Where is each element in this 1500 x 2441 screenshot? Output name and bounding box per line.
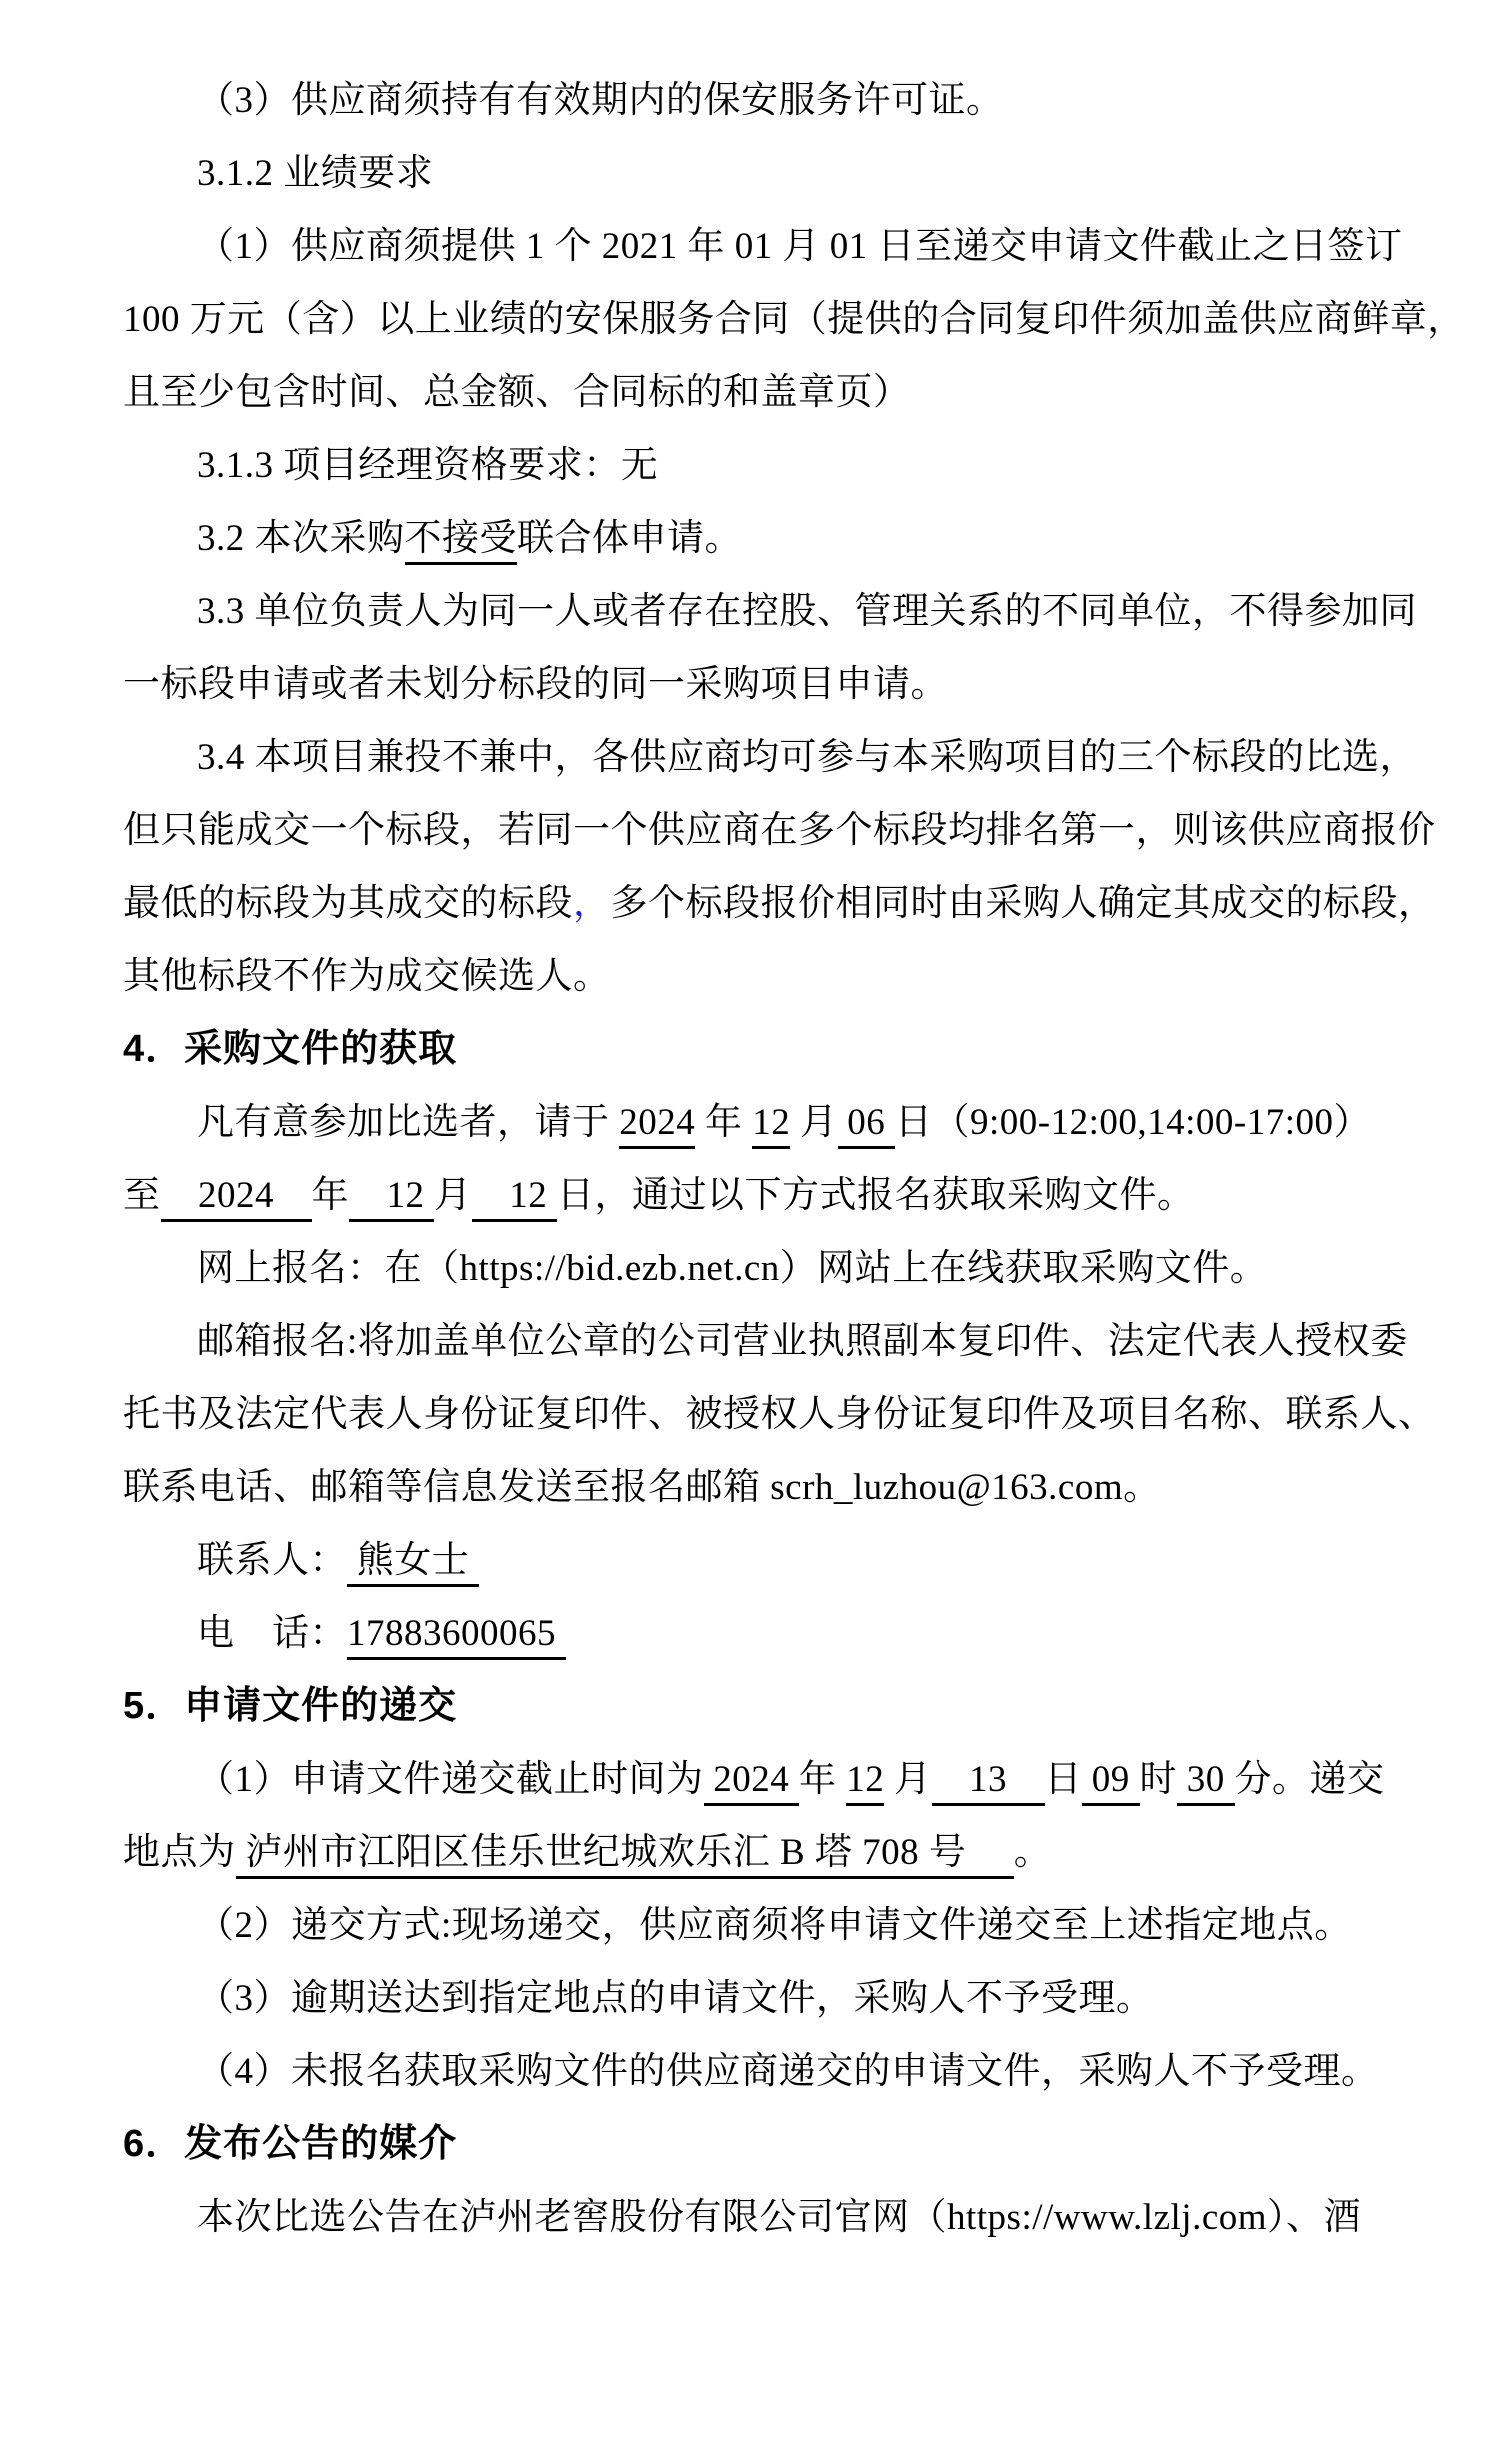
text-line: （3）逾期送达到指定地点的申请文件，采购人不予受理。 bbox=[123, 1962, 1430, 2035]
text-segment: 时 bbox=[1140, 1759, 1178, 1800]
text-segment: 3.1.3 项目经理资格要求：无 bbox=[197, 445, 658, 486]
underlined-text: 不接受 bbox=[405, 518, 518, 565]
section-heading: 5．申请文件的递交 bbox=[123, 1670, 1430, 1743]
text-segment: 最低的标段为其成交的标段 bbox=[123, 883, 573, 924]
underlined-text: 30 bbox=[1177, 1759, 1235, 1806]
text-segment: 5．申请文件的递交 bbox=[123, 1685, 457, 1727]
blue-comma: ， bbox=[573, 883, 611, 924]
text-line: 最低的标段为其成交的标段，多个标段报价相同时由采购人确定其成交的标段， bbox=[123, 867, 1430, 940]
underlined-text: 12 bbox=[846, 1759, 884, 1806]
text-line: 100 万元（含）以上业绩的安保服务合同（提供的合同复印件须加盖供应商鲜章， bbox=[123, 283, 1430, 356]
text-segment: 一标段申请或者未划分标段的同一采购项目申请。 bbox=[123, 664, 948, 705]
text-segment: 本次比选公告在泸州老窖股份有限公司官网（https://www.lzlj.com… bbox=[197, 2197, 1361, 2238]
section-heading: 6．发布公告的媒介 bbox=[123, 2108, 1430, 2181]
underlined-text: 13 bbox=[932, 1759, 1045, 1806]
text-segment: 联系人： bbox=[197, 1540, 347, 1581]
text-segment: 凡有意参加比选者，请于 bbox=[197, 1102, 619, 1143]
text-segment: 。 bbox=[1014, 1832, 1052, 1873]
text-segment: 分。递交 bbox=[1235, 1759, 1385, 1800]
text-line: 联系电话、邮箱等信息发送至报名邮箱 scrh_luzhou@163.com。 bbox=[123, 1451, 1430, 1524]
text-line: （2）递交方式:现场递交，供应商须将申请文件递交至上述指定地点。 bbox=[123, 1889, 1430, 1962]
text-segment: （3）供应商须持有有效期内的保安服务许可证。 bbox=[197, 80, 1004, 121]
text-segment: 电 话： bbox=[197, 1613, 347, 1654]
underlined-text: 泸州市江阳区佳乐世纪城欢乐汇 B 塔 708 号 bbox=[236, 1832, 1014, 1879]
text-segment: （1）申请文件递交截止时间为 bbox=[197, 1759, 704, 1800]
underlined-text: 06 bbox=[838, 1102, 896, 1149]
underlined-text: 17883600065 bbox=[347, 1613, 566, 1660]
text-line: 3.1.3 项目经理资格要求：无 bbox=[123, 429, 1430, 502]
text-segment: 至 bbox=[123, 1175, 161, 1216]
text-segment: 且至少包含时间、总金额、合同标的和盖章页） bbox=[123, 372, 911, 413]
text-segment: 但只能成交一个标段，若同一个供应商在多个标段均排名第一，则该供应商报价 bbox=[123, 810, 1436, 851]
text-line: 但只能成交一个标段，若同一个供应商在多个标段均排名第一，则该供应商报价 bbox=[123, 794, 1430, 867]
text-line: 3.1.2 业绩要求 bbox=[123, 137, 1430, 210]
text-segment: （4）未报名获取采购文件的供应商递交的申请文件，采购人不予受理。 bbox=[197, 2051, 1379, 2092]
text-segment: 3.4 本项目兼投不兼中，各供应商均可参与本采购项目的三个标段的比选， bbox=[197, 737, 1417, 778]
text-line: 托书及法定代表人身份证复印件、被授权人身份证复印件及项目名称、联系人、 bbox=[123, 1378, 1430, 1451]
text-segment: 托书及法定代表人身份证复印件、被授权人身份证复印件及项目名称、联系人、 bbox=[123, 1394, 1436, 1435]
text-segment: 月 bbox=[790, 1102, 837, 1143]
text-segment: 联系电话、邮箱等信息发送至报名邮箱 scrh_luzhou@163.com。 bbox=[123, 1467, 1161, 1508]
document-page: （3）供应商须持有有效期内的保安服务许可证。3.1.2 业绩要求（1）供应商须提… bbox=[0, 0, 1500, 2254]
text-segment: 日（9:00-12:00,14:00-17:00） bbox=[895, 1102, 1371, 1143]
text-line: 3.4 本项目兼投不兼中，各供应商均可参与本采购项目的三个标段的比选， bbox=[123, 721, 1430, 794]
text-segment: 4．采购文件的获取 bbox=[123, 1028, 457, 1070]
text-line: 本次比选公告在泸州老窖股份有限公司官网（https://www.lzlj.com… bbox=[123, 2181, 1430, 2254]
text-line: 且至少包含时间、总金额、合同标的和盖章页） bbox=[123, 356, 1430, 429]
text-segment: 地点为 bbox=[123, 1832, 236, 1873]
text-line: 凡有意参加比选者，请于 2024 年 12 月 06 日（9:00-12:00,… bbox=[123, 1086, 1430, 1159]
text-segment: 多个标段报价相同时由采购人确定其成交的标段， bbox=[611, 883, 1436, 924]
underlined-text: 09 bbox=[1082, 1759, 1140, 1806]
text-line: 电 话：17883600065 bbox=[123, 1597, 1430, 1670]
text-segment: 3.2 本次采购 bbox=[197, 518, 405, 559]
section-heading: 4．采购文件的获取 bbox=[123, 1013, 1430, 1086]
text-segment: 联合体申请。 bbox=[517, 518, 742, 559]
text-line: 3.2 本次采购不接受联合体申请。 bbox=[123, 502, 1430, 575]
text-segment: 月 bbox=[434, 1175, 472, 1216]
text-line: （3）供应商须持有有效期内的保安服务许可证。 bbox=[123, 64, 1430, 137]
text-segment: 年 bbox=[695, 1102, 752, 1143]
text-line: 一标段申请或者未划分标段的同一采购项目申请。 bbox=[123, 648, 1430, 721]
text-line: 地点为 泸州市江阳区佳乐世纪城欢乐汇 B 塔 708 号 。 bbox=[123, 1816, 1430, 1889]
text-segment: （1）供应商须提供 1 个 2021 年 01 月 01 日至递交申请文件截止之… bbox=[197, 226, 1403, 267]
text-segment: 邮箱报名:将加盖单位公章的公司营业执照副本复印件、法定代表人授权委 bbox=[197, 1321, 1408, 1362]
text-line: （1）供应商须提供 1 个 2021 年 01 月 01 日至递交申请文件截止之… bbox=[123, 210, 1430, 283]
underlined-text: 2024 bbox=[619, 1102, 695, 1149]
text-line: 3.3 单位负责人为同一人或者存在控股、管理关系的不同单位，不得参加同 bbox=[123, 575, 1430, 648]
underlined-text: 2024 bbox=[704, 1759, 800, 1806]
document-body: （3）供应商须持有有效期内的保安服务许可证。3.1.2 业绩要求（1）供应商须提… bbox=[123, 64, 1430, 2254]
text-line: （4）未报名获取采购文件的供应商递交的申请文件，采购人不予受理。 bbox=[123, 2035, 1430, 2108]
text-segment: 100 万元（含）以上业绩的安保服务合同（提供的合同复印件须加盖供应商鲜章， bbox=[123, 299, 1465, 340]
underlined-text: 12 bbox=[472, 1175, 557, 1222]
underlined-text: 2024 bbox=[161, 1175, 312, 1222]
text-segment: 月 bbox=[884, 1759, 931, 1800]
text-line: 其他标段不作为成交候选人。 bbox=[123, 940, 1430, 1013]
text-segment: 日 bbox=[1045, 1759, 1083, 1800]
text-segment: 其他标段不作为成交候选人。 bbox=[123, 956, 611, 997]
text-segment: 年 bbox=[312, 1175, 350, 1216]
text-line: （1）申请文件递交截止时间为 2024 年 12 月 13 日 09 时 30 … bbox=[123, 1743, 1430, 1816]
text-line: 至 2024 年 12 月 12 日，通过以下方式报名获取采购文件。 bbox=[123, 1159, 1430, 1232]
text-segment: 日，通过以下方式报名获取采购文件。 bbox=[557, 1175, 1195, 1216]
text-segment: 网上报名：在（https://bid.ezb.net.cn）网站上在线获取采购文… bbox=[197, 1248, 1267, 1289]
underlined-text: 12 bbox=[349, 1175, 434, 1222]
text-segment: 6．发布公告的媒介 bbox=[123, 2123, 457, 2165]
text-segment: （3）逾期送达到指定地点的申请文件，采购人不予受理。 bbox=[197, 1978, 1154, 2019]
text-segment: 3.1.2 业绩要求 bbox=[197, 153, 433, 194]
text-line: 联系人： 熊女士 bbox=[123, 1524, 1430, 1597]
text-segment: 3.3 单位负责人为同一人或者存在控股、管理关系的不同单位，不得参加同 bbox=[197, 591, 1417, 632]
text-segment: （2）递交方式:现场递交，供应商须将申请文件递交至上述指定地点。 bbox=[197, 1905, 1352, 1946]
text-line: 网上报名：在（https://bid.ezb.net.cn）网站上在线获取采购文… bbox=[123, 1232, 1430, 1305]
text-segment: 年 bbox=[799, 1759, 846, 1800]
underlined-text: 12 bbox=[752, 1102, 790, 1149]
underlined-text: 熊女士 bbox=[347, 1540, 479, 1587]
text-line: 邮箱报名:将加盖单位公章的公司营业执照副本复印件、法定代表人授权委 bbox=[123, 1305, 1430, 1378]
